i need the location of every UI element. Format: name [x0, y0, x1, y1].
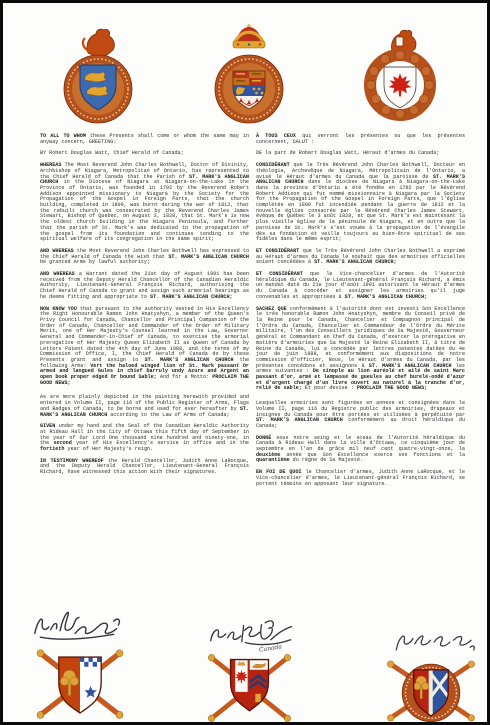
paragraph: EN FOI DE QUOI le Chancelier d'armes, Ju… [256, 470, 465, 487]
document-body: TO ALL TO WHOM these Presents shall come… [40, 134, 465, 493]
paragraph: WHEREAS The Most Reverend John Charles B… [40, 163, 249, 243]
royal-crown-icon [233, 24, 265, 48]
paragraph: As are more plainly depicted in the pain… [40, 395, 249, 418]
watt-arms-badge [202, 652, 297, 725]
checky-chief-icon [80, 657, 101, 667]
signature-larocque [31, 598, 125, 650]
paragraph: SACHEZ QUE conformément à l'autorité don… [256, 307, 465, 393]
letters-patent-page: TO ALL TO WHOM these Presents shall come… [0, 0, 490, 725]
paragraph: NOW KNOW YOU that pursuant to the author… [40, 307, 249, 387]
paragraph: AND WHEREAS the Most Reverend John Charl… [40, 249, 249, 266]
mini-shield-icon [396, 37, 403, 46]
paragraph: À TOUS CEUX qui verront les présentes ou… [256, 134, 465, 145]
lion-canton-icon [250, 660, 269, 670]
paragraph: BY Robert Douglas Watt, Chief Herald of … [40, 151, 249, 157]
paragraph: DONNÉ sous notre seing et le sceau de l'… [256, 436, 465, 465]
paragraph: AND WHEREAS a Warrant dated the 21st day… [40, 272, 249, 301]
richard-arms-badge [383, 654, 479, 725]
lion-crest-icon [87, 29, 114, 56]
gold-billet-icon [255, 694, 261, 703]
larocque-arms-badge [27, 644, 133, 725]
paragraph: ET CONSIDÉRANT que le Vice-chancelier d'… [256, 272, 465, 301]
larocque-shield [59, 657, 101, 715]
paragraph: IN TESTIMONY WHEREOF the Herald Chancell… [40, 459, 249, 476]
paragraph: TO ALL TO WHOM these Presents shall come… [40, 134, 249, 145]
paragraph: GIVEN under my hand and the Seal of the … [40, 424, 249, 453]
french-column: À TOUS CEUX qui verront les présentes ou… [256, 134, 465, 493]
paragraph: Lesquelles armoiries sont figurées en an… [256, 401, 465, 430]
english-column: TO ALL TO WHOM these Presents shall come… [40, 134, 249, 493]
paragraph: DE la part de Robert Douglas Watt, Hérau… [256, 151, 465, 157]
royal-badge [209, 23, 289, 127]
paragraph: ET CONSIDÉRANT que le Très Révérend John… [256, 249, 465, 266]
paragraph: CONSIDÉRANT que le Très Révérend John Ch… [256, 163, 465, 243]
heraldic-authority-badge [358, 27, 442, 125]
signature-watt [206, 618, 300, 654]
diocese-arms-badge [58, 25, 138, 127]
